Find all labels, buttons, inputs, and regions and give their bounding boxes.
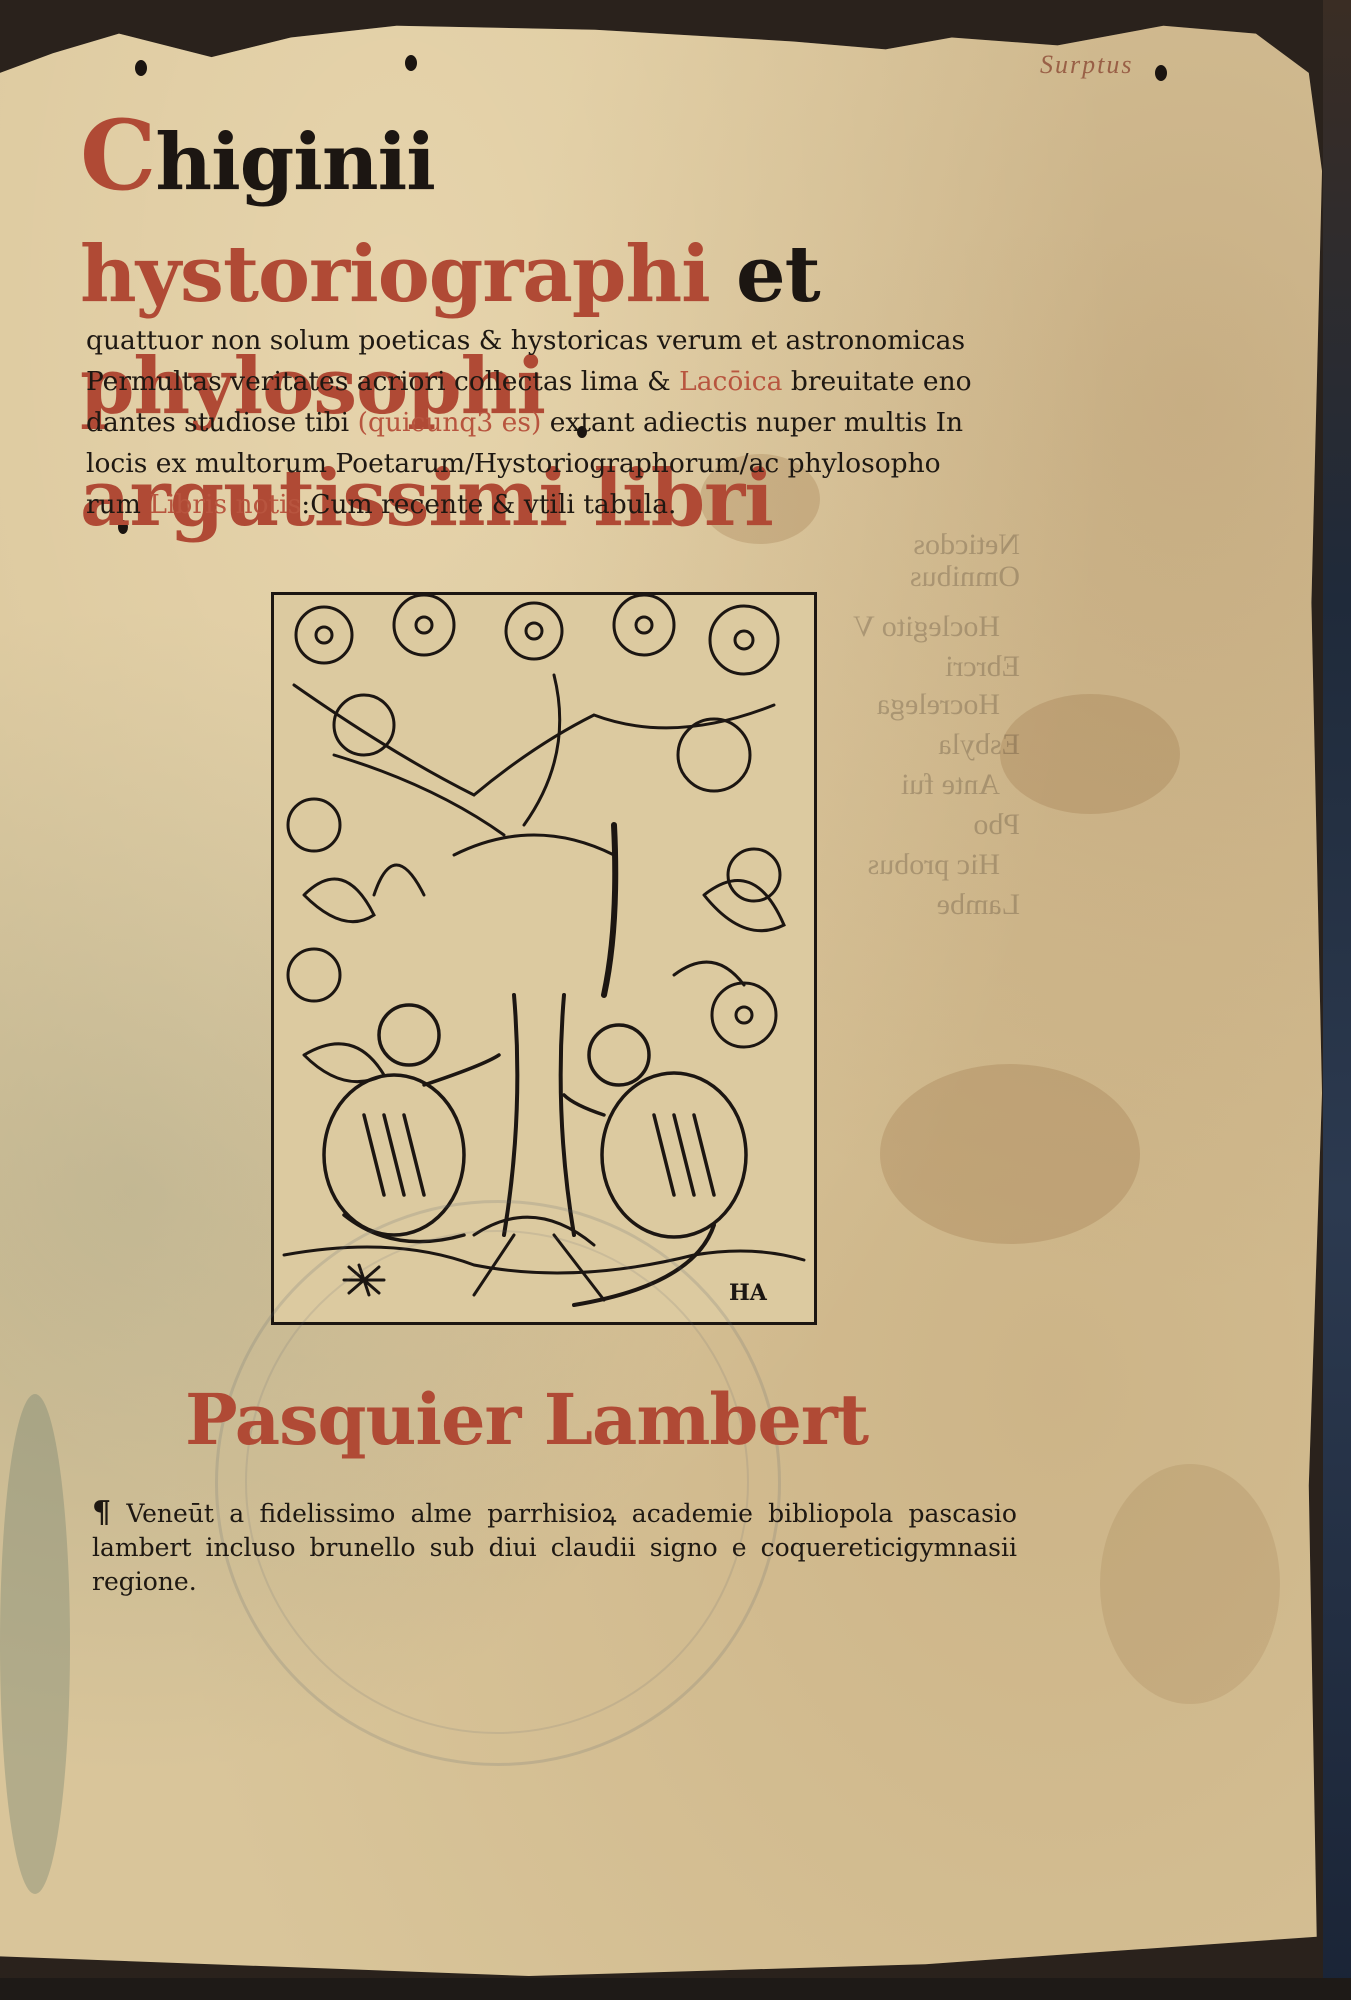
bleed-through-text: Esbyla	[860, 728, 1020, 762]
title-description: quattuor non solum poeticas & hystoricas…	[86, 320, 1026, 525]
pilcrow-icon: ¶	[92, 1495, 111, 1530]
red-word-lacoica: Lacōica	[679, 366, 782, 397]
flower-icon	[288, 595, 780, 1047]
title-initial: C	[80, 99, 155, 212]
title-word-hystoriographi: hystoriographi	[80, 229, 710, 320]
imprint-text: Veneūt a fidelissimo alme parrhisioꝝ aca…	[92, 1499, 1017, 1596]
bleed-through-text: Pbo	[860, 808, 1020, 842]
bleed-through-text: Hoclegito V	[840, 610, 1000, 644]
body-line-1: quattuor non solum poeticas & hystoricas…	[86, 320, 1026, 361]
wormhole	[405, 55, 417, 71]
bleed-through-text: Neticdos	[380, 528, 1020, 562]
bleed-through-text: Hic probus	[840, 848, 1000, 882]
title-word-et: et	[736, 229, 820, 320]
imprint: ¶ Veneūt a fidelissimo alme parrhisioꝝ a…	[92, 1496, 1017, 1599]
stain	[880, 1064, 1140, 1244]
library-stamp-inner	[245, 1230, 749, 1734]
book-cover-bottom	[0, 1978, 1351, 2000]
book-cover-edge	[1323, 0, 1351, 2000]
bleed-through-text: Ebrcri	[860, 650, 1020, 684]
woodcut-monogram: HA	[729, 1280, 768, 1306]
bleed-through-text: Hocrelega	[840, 688, 1000, 722]
body-line-5: rum Libris notis:Cum recente & vtili tab…	[86, 484, 1026, 525]
body-line-4: locis ex multorum Poetarum/Hystoriograph…	[86, 443, 1026, 484]
red-phrase-libris-notis: Libris notis	[149, 489, 301, 520]
bleed-through-text: Lambe	[860, 888, 1020, 922]
water-stain	[0, 1394, 70, 1894]
wormhole	[135, 60, 147, 76]
printer-name: Pasquier Lambert	[185, 1378, 868, 1461]
wormhole	[1155, 65, 1167, 81]
body-line-2: Permultas veritates acriori collectas li…	[86, 361, 1026, 402]
stain	[1100, 1464, 1280, 1704]
manuscript-annotation: Surptus	[1040, 50, 1133, 80]
body-line-3: dantes studiose tibi (quicunq3 es) extan…	[86, 402, 1026, 443]
stain	[1000, 694, 1180, 814]
bleed-through-text: Omnibus	[860, 560, 1020, 594]
bleed-through-text: Ante fui	[840, 768, 1000, 802]
title-word-higinii: higinii	[155, 117, 434, 208]
red-phrase-quicunque: (quicunq3 es)	[358, 407, 542, 438]
